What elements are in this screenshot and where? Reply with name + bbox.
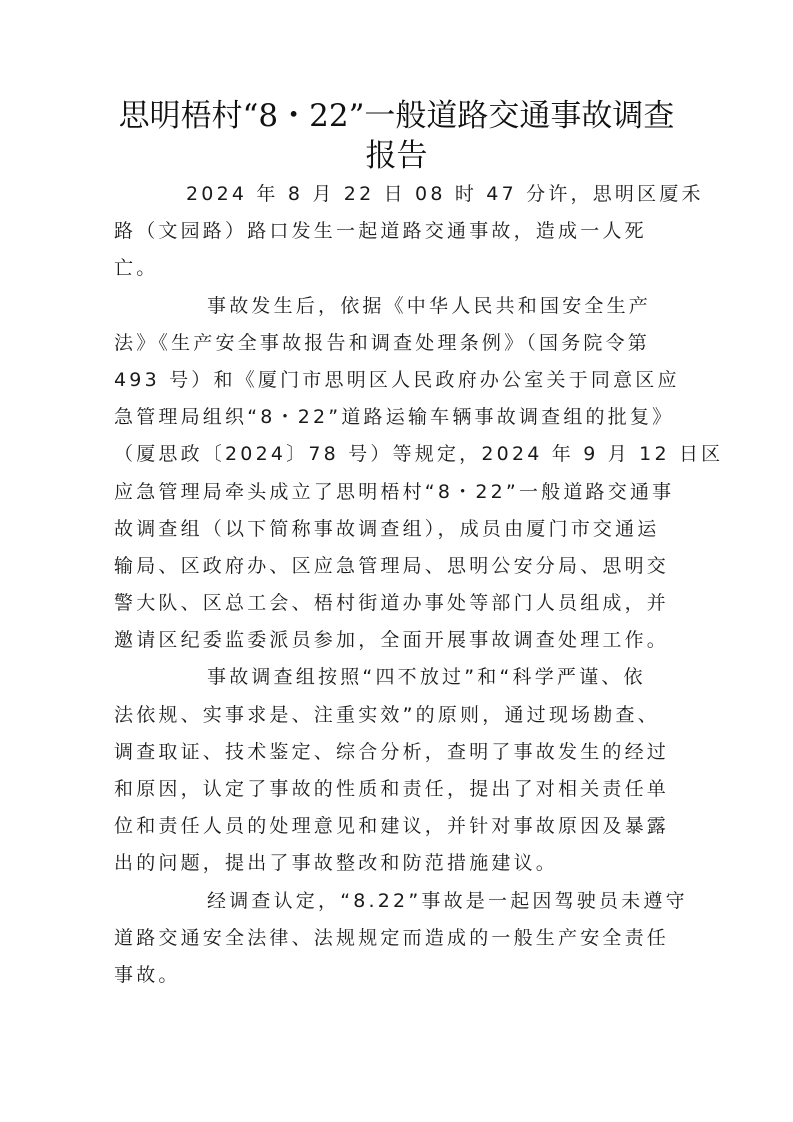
title-line-2: 报告 — [100, 136, 693, 176]
text-line: 2024 年 8 月 22 日 08 时 47 分许，思明区厦禾 — [114, 176, 674, 213]
text-line: （厦思政〔2024〕78 号）等规定，2024 年 9 月 12 日区 — [114, 436, 674, 473]
document-page: 思明梧村“8・22”一般道路交通事故调查 报告 2024 年 8 月 22 日 … — [0, 0, 793, 1122]
text-line: 位和责任人员的处理意见和建议，并针对事故原因及暴露 — [114, 808, 674, 845]
text-line: 急管理局组织“8・22”道路运输车辆事故调查组的批复》 — [114, 399, 674, 436]
paragraph-conclusion: 经调查认定，“8.22”事故是一起因驾驶员未遵守 道路交通安全法律、法规规定而造… — [114, 883, 674, 995]
text-line: 事故。 — [114, 957, 674, 994]
text-line: 和原因，认定了事故的性质和责任，提出了对相关责任单 — [114, 771, 674, 808]
text-line: 道路交通安全法律、法规规定而造成的一般生产安全责任 — [114, 920, 674, 957]
text-line: 法依规、实事求是、注重实效”的原则，通过现场勘查、 — [114, 697, 674, 734]
document-body: 2024 年 8 月 22 日 08 时 47 分许，思明区厦禾 路（文园路）路… — [114, 176, 674, 994]
text-line: 事故调查组按照“四不放过”和“科学严谨、依 — [114, 659, 674, 696]
text-line: 亡。 — [114, 250, 674, 287]
text-line: 经调查认定，“8.22”事故是一起因驾驶员未遵守 — [114, 883, 674, 920]
text-line: 法》《生产安全事故报告和调查处理条例》（国务院令第 — [114, 325, 674, 362]
text-line: 出的问题，提出了事故整改和防范措施建议。 — [114, 845, 674, 882]
text-line: 493 号）和《厦门市思明区人民政府办公室关于同意区应 — [114, 362, 674, 399]
text-line: 应急管理局牵头成立了思明梧村“8・22”一般道路交通事 — [114, 474, 674, 511]
text-line: 调查取证、技术鉴定、综合分析，查明了事故发生的经过 — [114, 734, 674, 771]
text-line: 路（文园路）路口发生一起道路交通事故，造成一人死 — [114, 213, 674, 250]
text-line: 邀请区纪委监委派员参加，全面开展事故调查处理工作。 — [114, 622, 674, 659]
paragraph-investigation-principles: 事故调查组按照“四不放过”和“科学严谨、依 法依规、实事求是、注重实效”的原则，… — [114, 659, 674, 882]
text-line: 警大队、区总工会、梧村街道办事处等部门人员组成，并 — [114, 585, 674, 622]
text-line: 事故发生后，依据《中华人民共和国安全生产 — [114, 288, 674, 325]
paragraph-incident-summary: 2024 年 8 月 22 日 08 时 47 分许，思明区厦禾 路（文园路）路… — [114, 176, 674, 288]
text-line: 输局、区政府办、区应急管理局、思明公安分局、思明交 — [114, 548, 674, 585]
text-line: 故调查组（以下简称事故调查组），成员由厦门市交通运 — [114, 511, 674, 548]
paragraph-investigation-basis: 事故发生后，依据《中华人民共和国安全生产 法》《生产安全事故报告和调查处理条例》… — [114, 288, 674, 660]
title-line-1: 思明梧村“8・22”一般道路交通事故调查 — [100, 96, 693, 136]
document-title: 思明梧村“8・22”一般道路交通事故调查 报告 — [100, 96, 693, 176]
